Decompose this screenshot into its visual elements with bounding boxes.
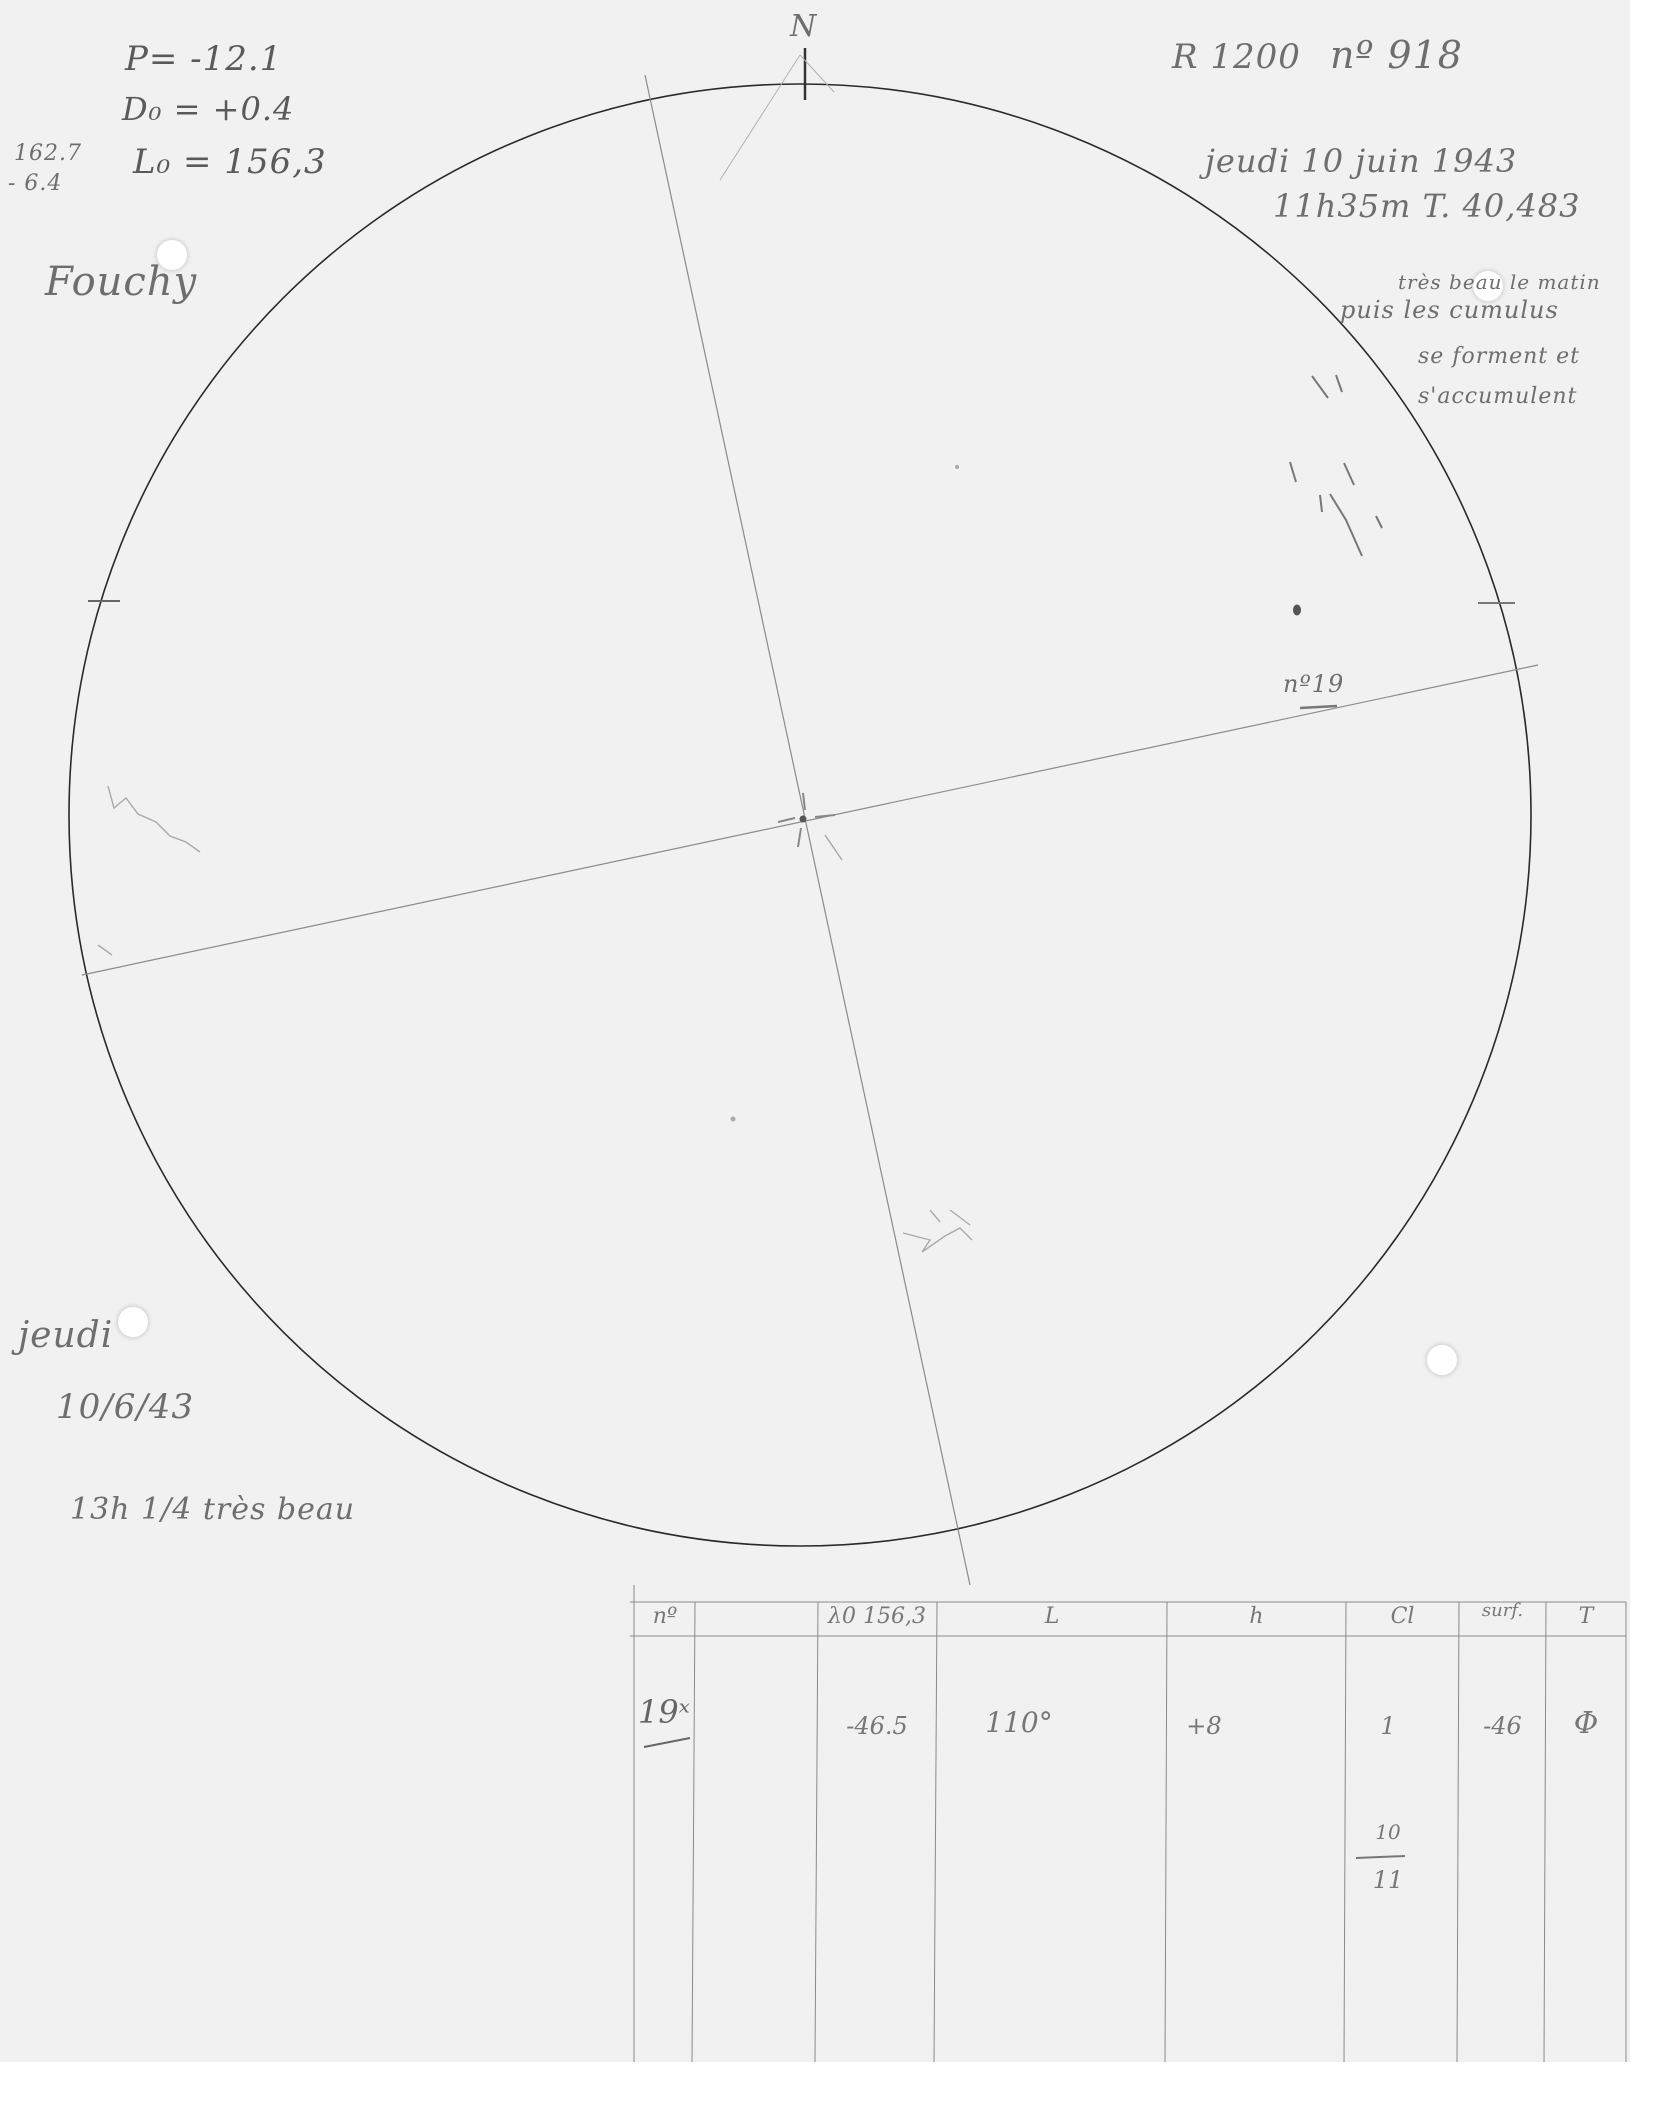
- table-header-type: T: [1548, 1604, 1624, 1629]
- weather-note-line-1: très beau le matin: [1398, 272, 1601, 292]
- punch-hole: [1427, 1345, 1457, 1375]
- center-dot: [800, 816, 807, 823]
- left-note-day: jeudi: [18, 1318, 113, 1354]
- north-guide-line: [720, 55, 800, 180]
- table-cell-surface: -46: [1461, 1712, 1544, 1740]
- table-header-lambda: λ0 156,3: [820, 1604, 934, 1629]
- drawing-number: nº 918: [1330, 36, 1463, 74]
- heliographic-lat-d0: D₀ = +0.4: [122, 93, 294, 125]
- observation-time: 11h35m T. 40,483: [1273, 190, 1581, 222]
- class-fraction-denominator: 11: [1348, 1866, 1428, 1894]
- group-label-underline: [1300, 706, 1337, 708]
- table-cell-longitude: 110°: [939, 1706, 1099, 1739]
- rotation-axis-line: [645, 75, 970, 1585]
- central-meridian-l0: L₀ = 156,3: [133, 145, 327, 179]
- observation-date: jeudi 10 juin 1943: [1205, 145, 1517, 177]
- table-header-height: h: [1169, 1604, 1344, 1629]
- center-cross-s: [798, 828, 801, 847]
- sunspot-group-label: nº19: [1283, 672, 1344, 696]
- table-grid: [630, 1585, 1626, 2062]
- weather-note-line-2: puis les cumulus: [1340, 298, 1559, 322]
- left-note-time-sky: 13h 1/4 très beau: [70, 1495, 355, 1525]
- solar-disk-outline: [69, 84, 1531, 1546]
- sunspot-umbra: [1293, 605, 1301, 616]
- table-header-number: nº: [640, 1604, 690, 1629]
- reference-code: R 1200: [1172, 40, 1301, 74]
- position-angle-p: P= -12.1: [125, 42, 282, 76]
- fraction-bar: [1356, 1856, 1405, 1858]
- class-fraction-numerator: 10: [1348, 1820, 1428, 1844]
- side-calculation-2: - 6.4: [8, 173, 62, 195]
- weather-note-line-3: se forment et: [1418, 346, 1580, 368]
- table-header-longitude: L: [939, 1604, 1165, 1629]
- spot-speck: [731, 1117, 736, 1122]
- center-cross-tick: [825, 835, 842, 860]
- spot-speck-2: [955, 465, 959, 469]
- faculae-south: [903, 1210, 972, 1252]
- observer-signature: Fouchy: [45, 262, 197, 302]
- table-cell-type: Φ: [1548, 1706, 1624, 1741]
- punch-hole: [118, 1307, 148, 1337]
- center-cross-n: [803, 793, 805, 810]
- faculae-east: [98, 786, 200, 955]
- center-cross-e: [815, 815, 835, 817]
- equator-line: [82, 665, 1538, 975]
- left-note-date: 10/6/43: [56, 1390, 194, 1424]
- row-number-underline: [644, 1738, 690, 1747]
- sunspot-group-19: [1290, 375, 1382, 556]
- table-cell-height: +8: [1169, 1712, 1239, 1740]
- table-cell-number: 19ˣ: [636, 1693, 692, 1731]
- table-cell-class: 1: [1348, 1712, 1428, 1740]
- side-calculation-1: 162.7: [14, 143, 82, 165]
- table-cell-lambda: -46.5: [820, 1712, 934, 1740]
- table-header-surface: surf.: [1461, 1600, 1544, 1621]
- center-cross-w: [778, 818, 795, 822]
- table-header-class: Cl: [1348, 1604, 1457, 1629]
- weather-note-line-4: s'accumulent: [1418, 386, 1577, 408]
- north-label: N: [790, 12, 817, 42]
